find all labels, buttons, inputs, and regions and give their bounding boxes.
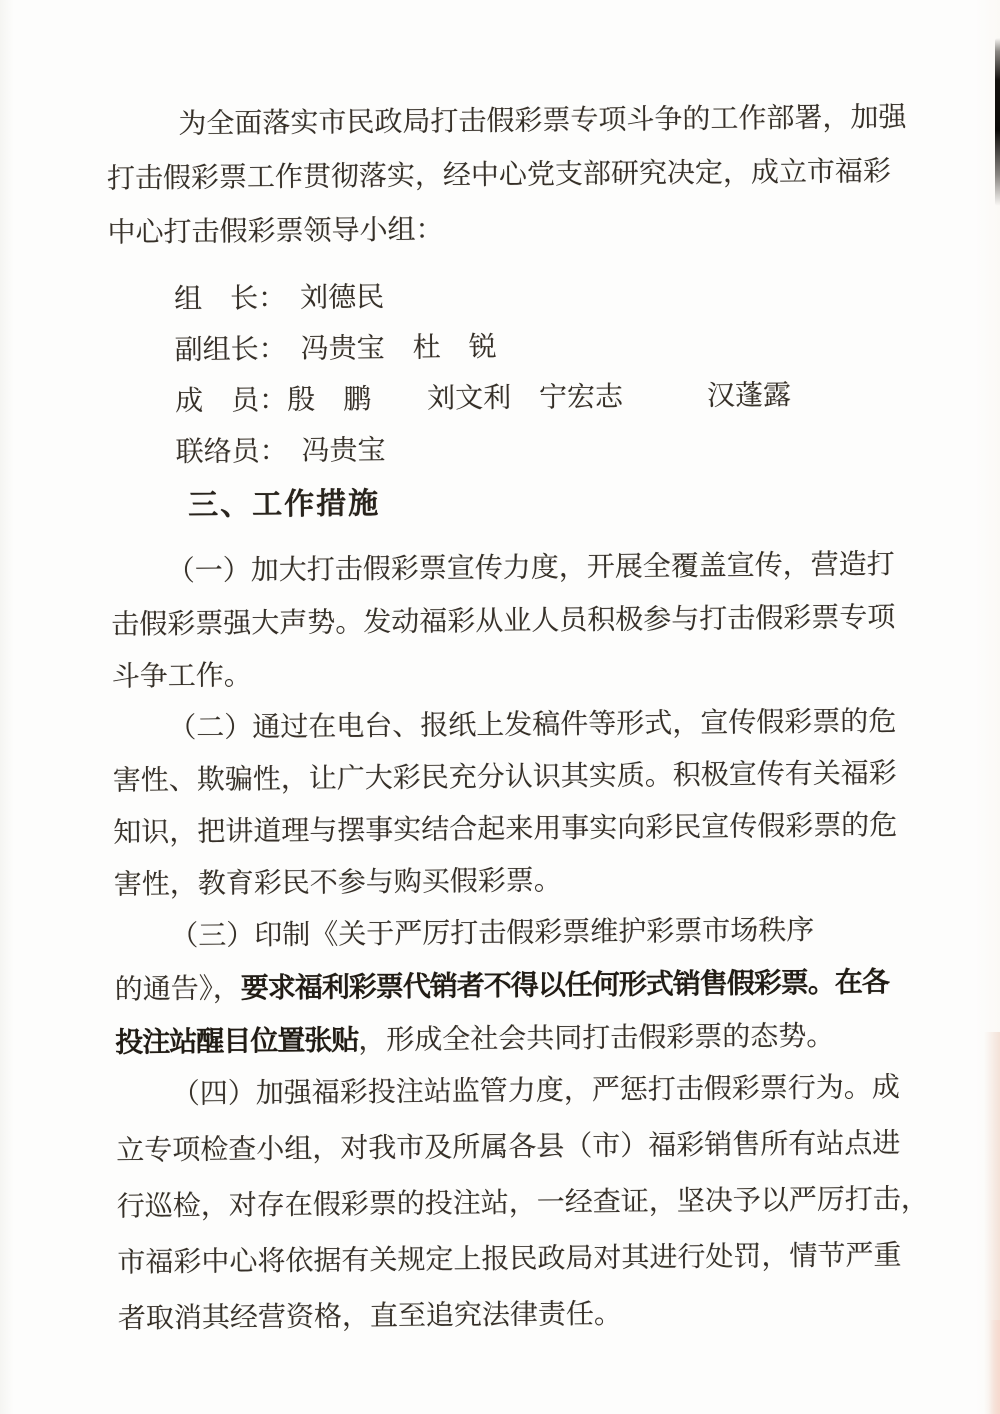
text-line: 打击假彩票工作贯彻落实，经中心党支部研究决定，成立市福彩: [107, 145, 937, 207]
measure-3-paragraph: （三）印制《关于严厉打击假彩票维护彩票市场秩序 的通告》，要求福利彩票代销者不得…: [114, 904, 945, 1070]
text-line: 击假彩票强大声势。发动福彩从业人员积极参与打击假彩票专项: [111, 591, 941, 651]
text-line: 知识，把讲道理与摆事实结合起来用事实向彩民宣传假彩票的危: [113, 800, 943, 860]
text-line: 中心打击假彩票领导小组：: [107, 199, 937, 261]
text-line: （二）通过在电台、报纸上发稿件等形式，宣传假彩票的危: [112, 696, 942, 756]
text-line: 者取消其经营资格，直至追究法律责任。: [118, 1284, 948, 1348]
scan-corner-tint-artifact: [989, 1320, 1000, 1414]
text-line: （一）加大打击假彩票宣传力度，开展全覆盖宣传，营造打: [111, 539, 941, 599]
text-line: 为全面落实市民政局打击假彩票专项斗争的工作部署，加强: [106, 91, 936, 153]
text-line: 立专项检查小组，对我市及所属各县（市）福彩销售所有站点进: [116, 1116, 946, 1180]
measure-2-paragraph: （二）通过在电台、报纸上发稿件等形式，宣传假彩票的危 害性、欺骗性，让广大彩民充…: [112, 696, 944, 912]
document-content: 为全面落实市民政局打击假彩票专项斗争的工作部署，加强 打击假彩票工作贯彻落实，经…: [0, 0, 1000, 1414]
section-heading: 三、工作措施: [188, 478, 1000, 526]
text-line: （三）印制《关于严厉打击假彩票维护彩票市场秩序: [114, 904, 944, 964]
text-segment-bold: 要求福利彩票代销者不得以任何形式销售假彩票。在各: [241, 966, 889, 1003]
text-line: 的通告》，要求福利彩票代销者不得以任何形式销售假彩票。在各: [115, 956, 945, 1017]
text-line: 行巡检，对存在假彩票的投注站，一经查证，坚决予以严厉打击，: [117, 1172, 947, 1236]
measure-1-paragraph: （一）加大打击假彩票宣传力度，开展全覆盖宣传，营造打 击假彩票强大声势。发动福彩…: [111, 539, 942, 704]
text-line: 害性、欺骗性，让广大彩民充分认识其实质。积极宣传有关福彩: [113, 748, 943, 808]
measure-4-paragraph: （四）加强福彩投注站监管力度，严惩打击假彩票行为。成 立专项检查小组，对我市及所…: [116, 1060, 949, 1348]
text-line: （四）加强福彩投注站监管力度，严惩打击假彩票行为。成: [116, 1060, 946, 1124]
leadership-list: 组 长： 刘德民 副组长： 冯贵宝 杜 锐 成 员：殷 鹏 刘文利 宁宏志 汉蓬…: [174, 266, 1000, 478]
scan-edge-streak-artifact: [995, 38, 1000, 206]
leadership-row-leader: 组 长： 刘德民: [174, 266, 1000, 325]
text-line: 斗争工作。: [112, 644, 942, 704]
leadership-row-liaison: 联络员： 冯贵宝: [175, 419, 1000, 478]
text-segment: ，形成全社会共同打击假彩票的态势。: [358, 1021, 834, 1057]
leadership-row-deputy: 副组长： 冯贵宝 杜 锐: [174, 317, 1000, 376]
text-segment-bold: 投注站醒目位置张贴: [115, 1024, 358, 1057]
document-page: 为全面落实市民政局打击假彩票专项斗争的工作部署，加强 打击假彩票工作贯彻落实，经…: [0, 0, 1000, 1414]
text-line: 害性，教育彩民不参与购买假彩票。: [114, 852, 944, 912]
text-line: 市福彩中心将依据有关规定上报民政局对其进行处罚，情节严重: [117, 1228, 947, 1292]
intro-paragraph: 为全面落实市民政局打击假彩票专项斗争的工作部署，加强 打击假彩票工作贯彻落实，经…: [106, 91, 938, 261]
leadership-row-members: 成 员：殷 鹏 刘文利 宁宏志 汉蓬露: [175, 368, 1000, 427]
text-segment: 的通告》，: [115, 974, 241, 1006]
